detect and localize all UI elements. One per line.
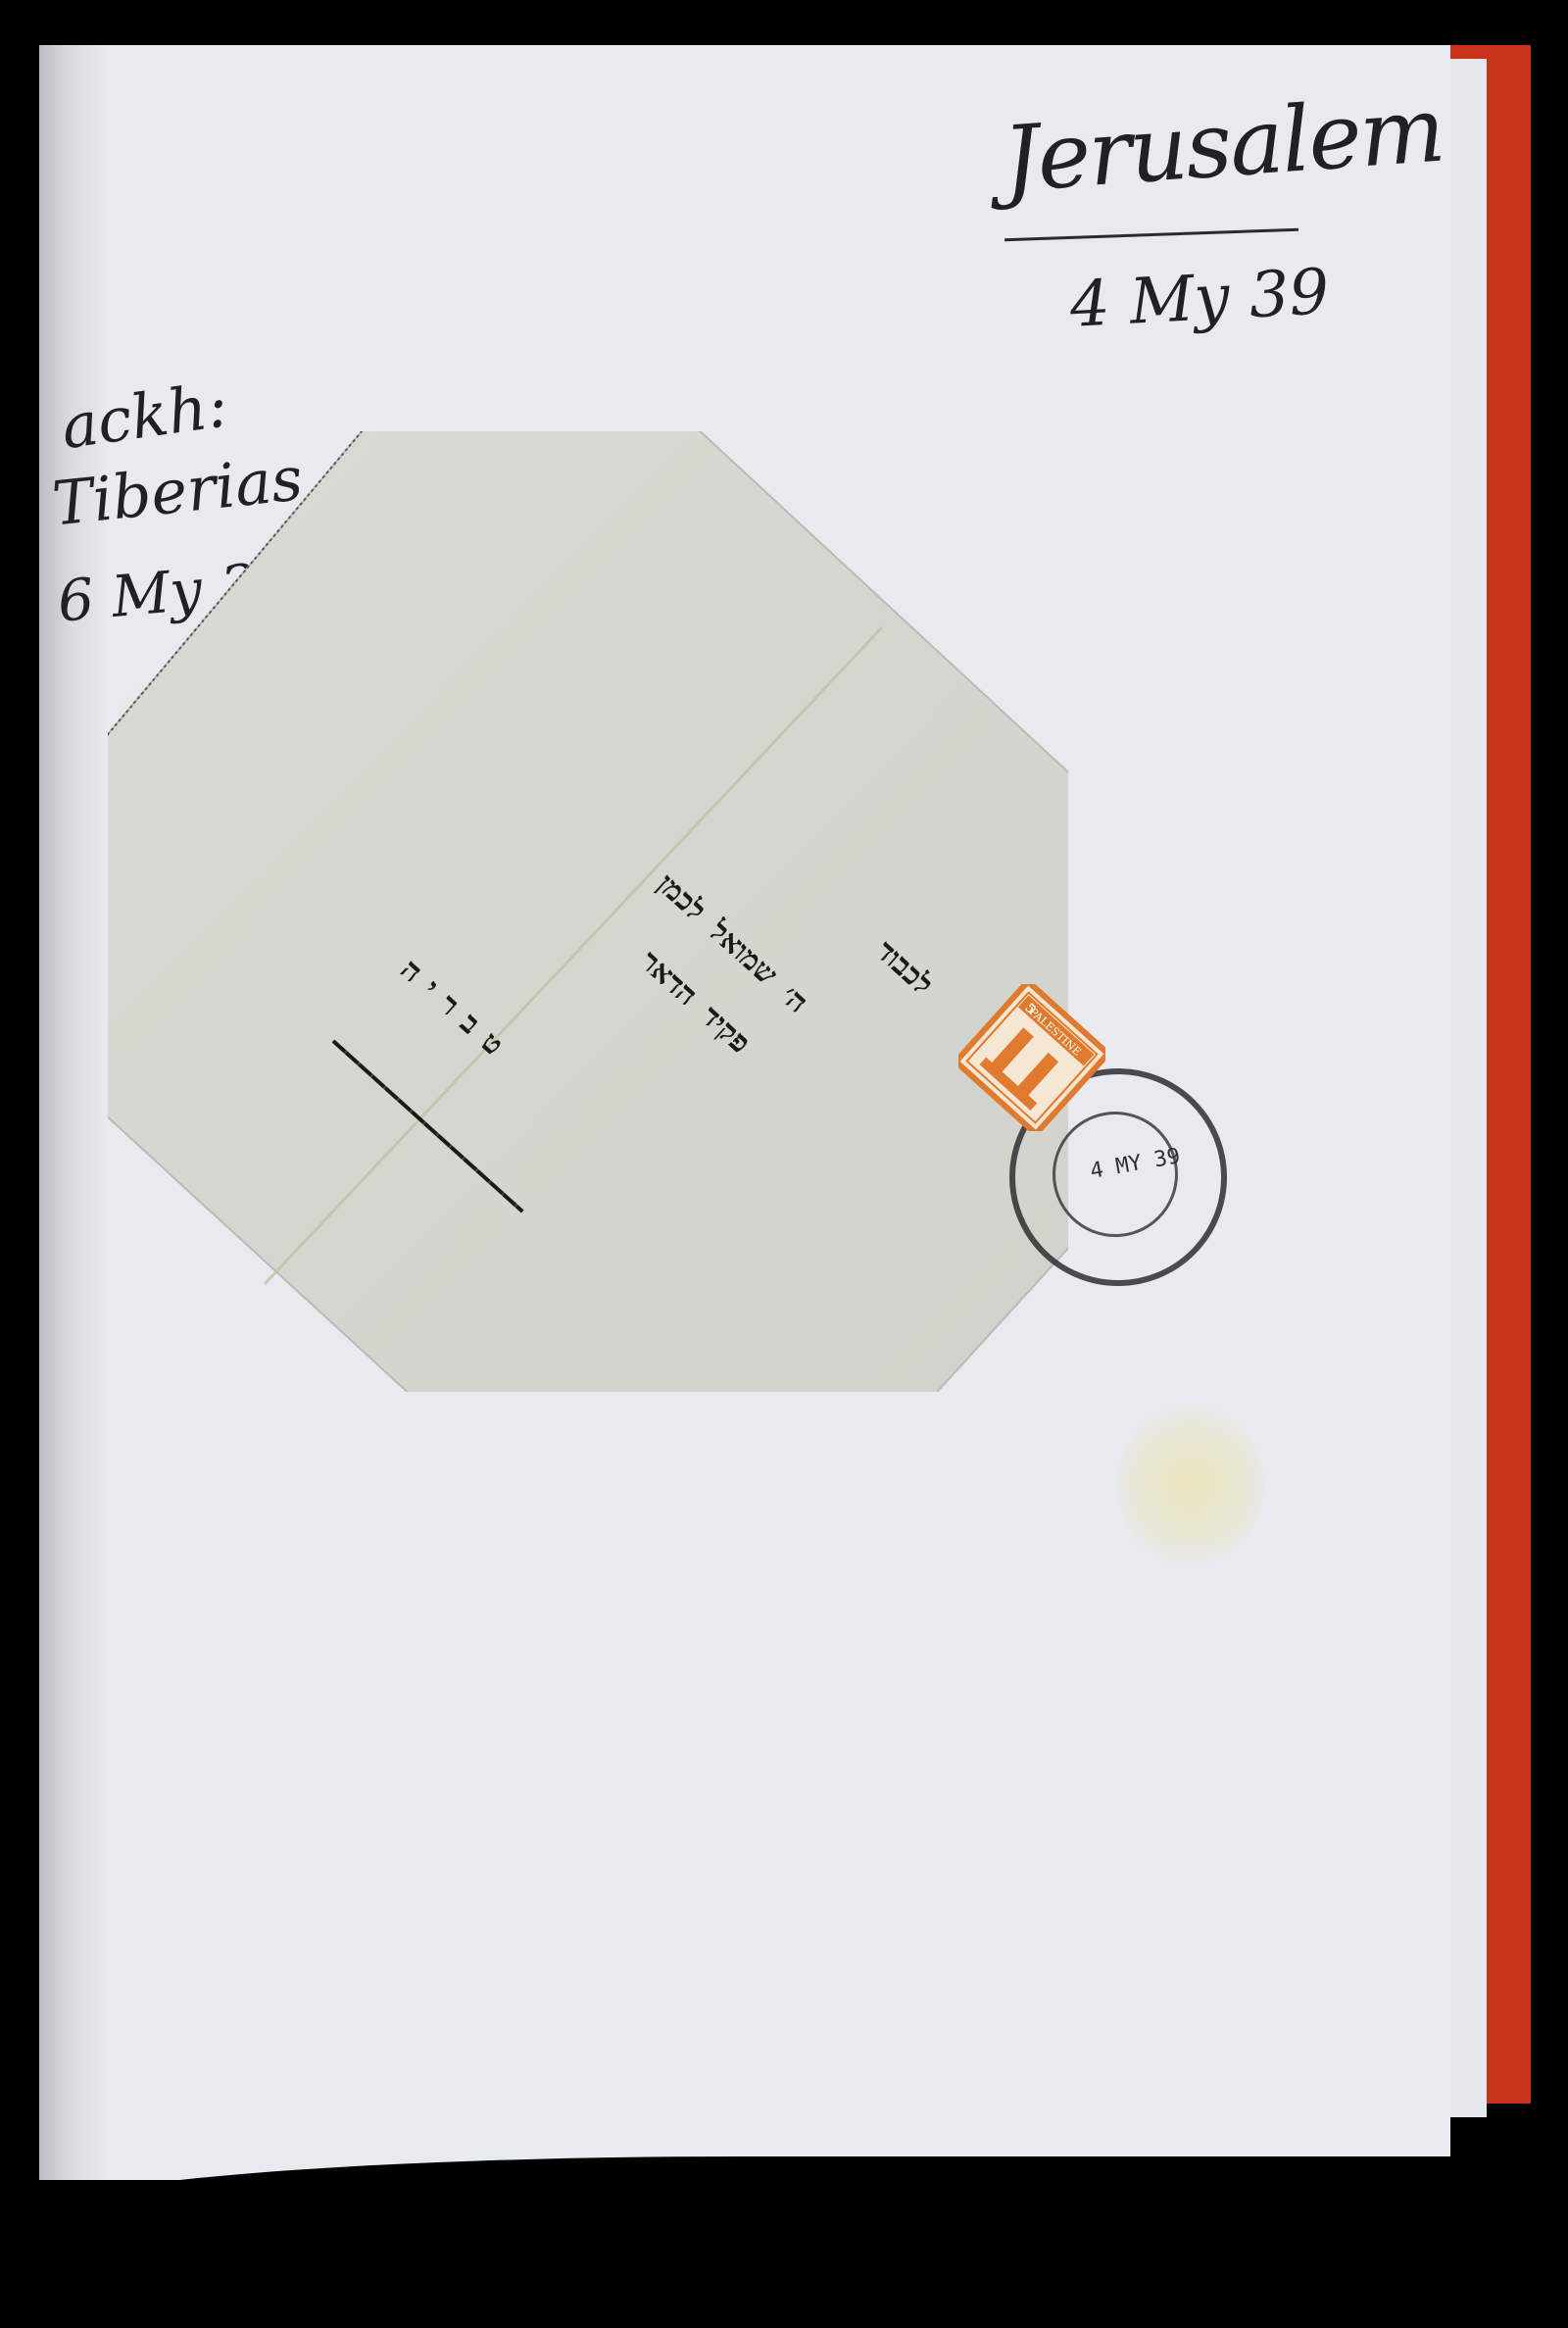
annotation-origin-date: 4 My 39 [1068, 256, 1331, 342]
page-stain [1117, 1402, 1264, 1568]
mounted-cover: לכבוד ה׳ שמואל לכמן פקיד הדאר טבריה [108, 431, 1068, 1392]
envelope [108, 431, 1068, 1392]
album-page-gutter [39, 45, 108, 2180]
postage-stamp: PALESTINE 5 [958, 984, 1105, 1131]
